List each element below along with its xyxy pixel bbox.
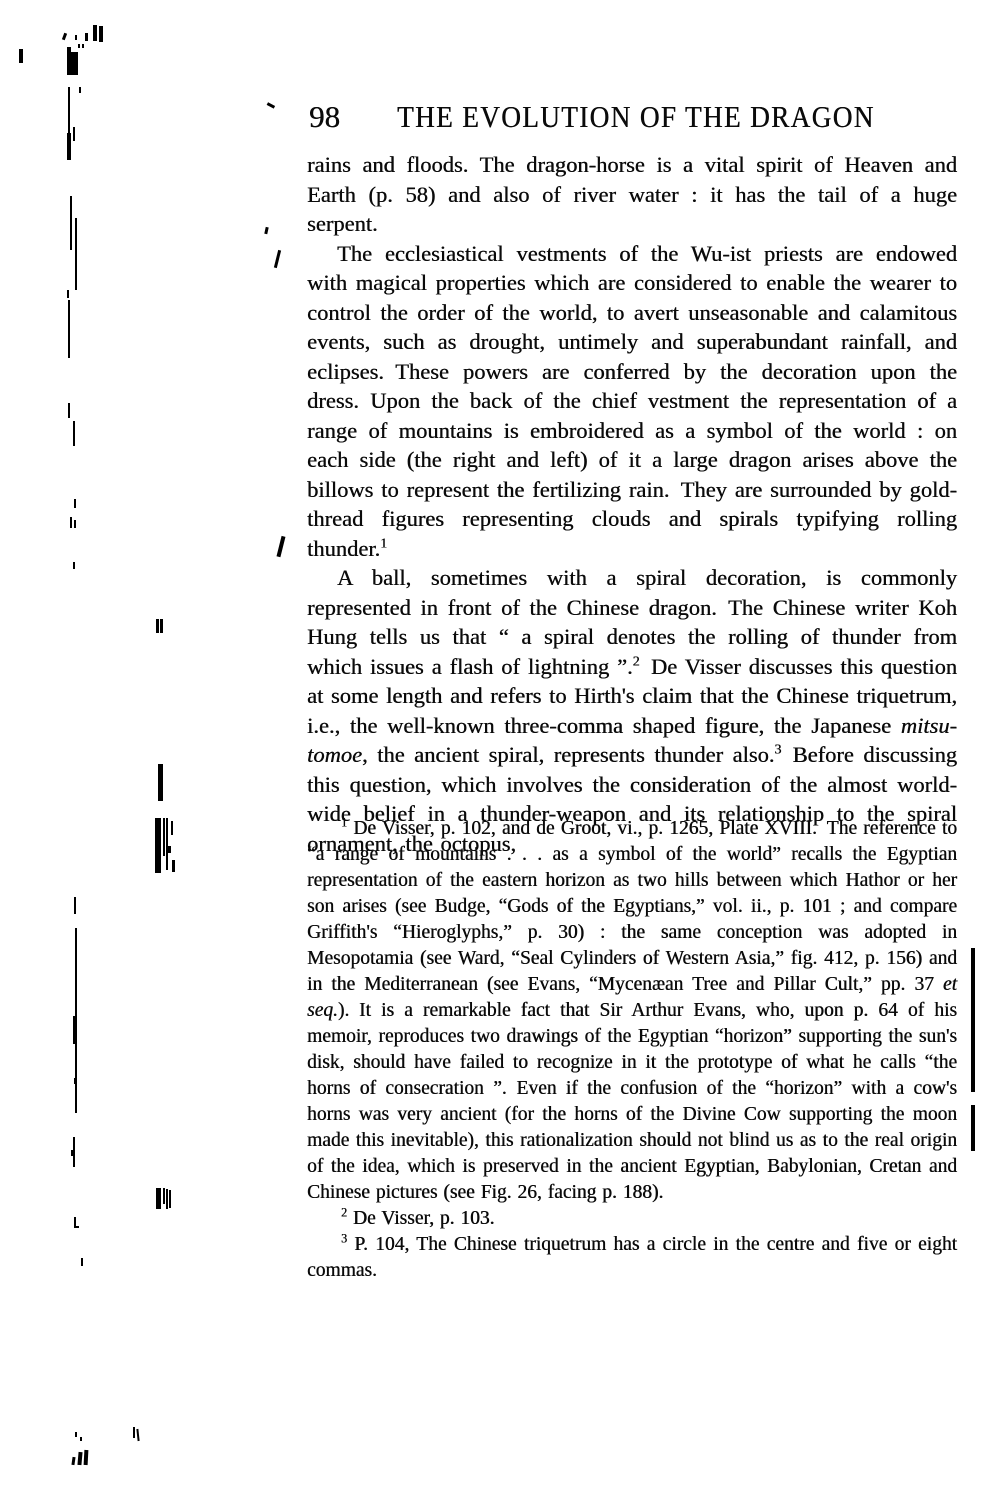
ink-mark: [74, 499, 76, 508]
ink-mark: [166, 818, 168, 870]
page-number: 98: [309, 101, 340, 132]
ink-mark: [274, 250, 281, 268]
ink-mark: [133, 1427, 135, 1438]
ink-mark: [99, 26, 103, 42]
ink-mark: [158, 764, 163, 801]
ink-mark: [70, 196, 72, 250]
ink-mark: [163, 818, 165, 856]
ink-mark: [75, 1432, 77, 1437]
ink-mark: [163, 1188, 165, 1204]
ink-mark: [78, 44, 80, 48]
ink-mark: [160, 619, 163, 633]
ink-mark: [73, 421, 75, 446]
ink-mark: [68, 403, 70, 418]
ink-mark: [277, 536, 285, 557]
ink-mark: [93, 25, 97, 41]
body-text: rains and floods. The dragon-horse is a …: [307, 150, 957, 858]
ink-mark: [71, 1150, 75, 1156]
ink-mark: [168, 846, 171, 853]
ink-mark: [73, 127, 75, 141]
ink-mark: [84, 1450, 88, 1465]
ink-mark: [171, 821, 173, 835]
ink-mark: [166, 1189, 168, 1209]
ink-mark: [264, 227, 268, 234]
ink-mark: [68, 352, 70, 358]
ink-mark: [155, 818, 161, 873]
ink-mark: [73, 562, 75, 569]
ink-mark: [73, 1016, 77, 1044]
paragraph: rains and floods. The dragon-horse is a …: [307, 150, 957, 239]
paragraph: The ecclesiastical vestments of the Wu-i…: [307, 239, 957, 564]
running-title: THE EVOLUTION OF THE DRAGON: [397, 101, 875, 132]
ink-mark: [71, 52, 78, 75]
ink-mark: [75, 35, 77, 40]
ink-mark: [68, 300, 70, 353]
ink-mark: [169, 1190, 171, 1208]
ink-mark: [19, 49, 23, 63]
ink-mark: [75, 218, 77, 290]
ink-mark: [156, 619, 159, 633]
ink-mark: [74, 1078, 76, 1084]
ink-mark: [172, 860, 175, 872]
paragraph: A ball, sometimes with a spiral decorati…: [307, 563, 957, 858]
ink-mark: [71, 1457, 75, 1465]
ink-mark: [971, 948, 975, 1092]
ink-mark: [85, 33, 88, 41]
ink-mark: [971, 1105, 975, 1151]
ink-mark: [74, 520, 76, 528]
footnote: 1 De Visser, p. 102, and de Groot, vi., …: [307, 816, 957, 1206]
ink-mark: [75, 1094, 77, 1113]
book-page: 98 THE EVOLUTION OF THE DRAGON rains and…: [0, 0, 988, 1493]
footnotes: 1 De Visser, p. 102, and de Groot, vi., …: [307, 816, 957, 1284]
ink-mark: [67, 290, 69, 298]
ink-mark: [62, 33, 67, 41]
ink-mark: [77, 1452, 82, 1465]
ink-mark: [267, 102, 275, 108]
ink-mark: [80, 1437, 82, 1441]
ink-mark: [136, 1429, 139, 1441]
ink-mark: [82, 44, 84, 48]
ink-mark: [81, 1258, 83, 1266]
ink-mark: [74, 1226, 79, 1228]
footnote: 2 De Visser, p. 103.: [307, 1206, 957, 1232]
ink-mark: [74, 897, 76, 914]
ink-mark: [70, 517, 72, 528]
footnote: 3 P. 104, The Chinese triquetrum has a c…: [307, 1232, 957, 1284]
ink-mark: [156, 1188, 161, 1209]
ink-mark: [79, 87, 81, 93]
ink-mark: [67, 133, 71, 160]
